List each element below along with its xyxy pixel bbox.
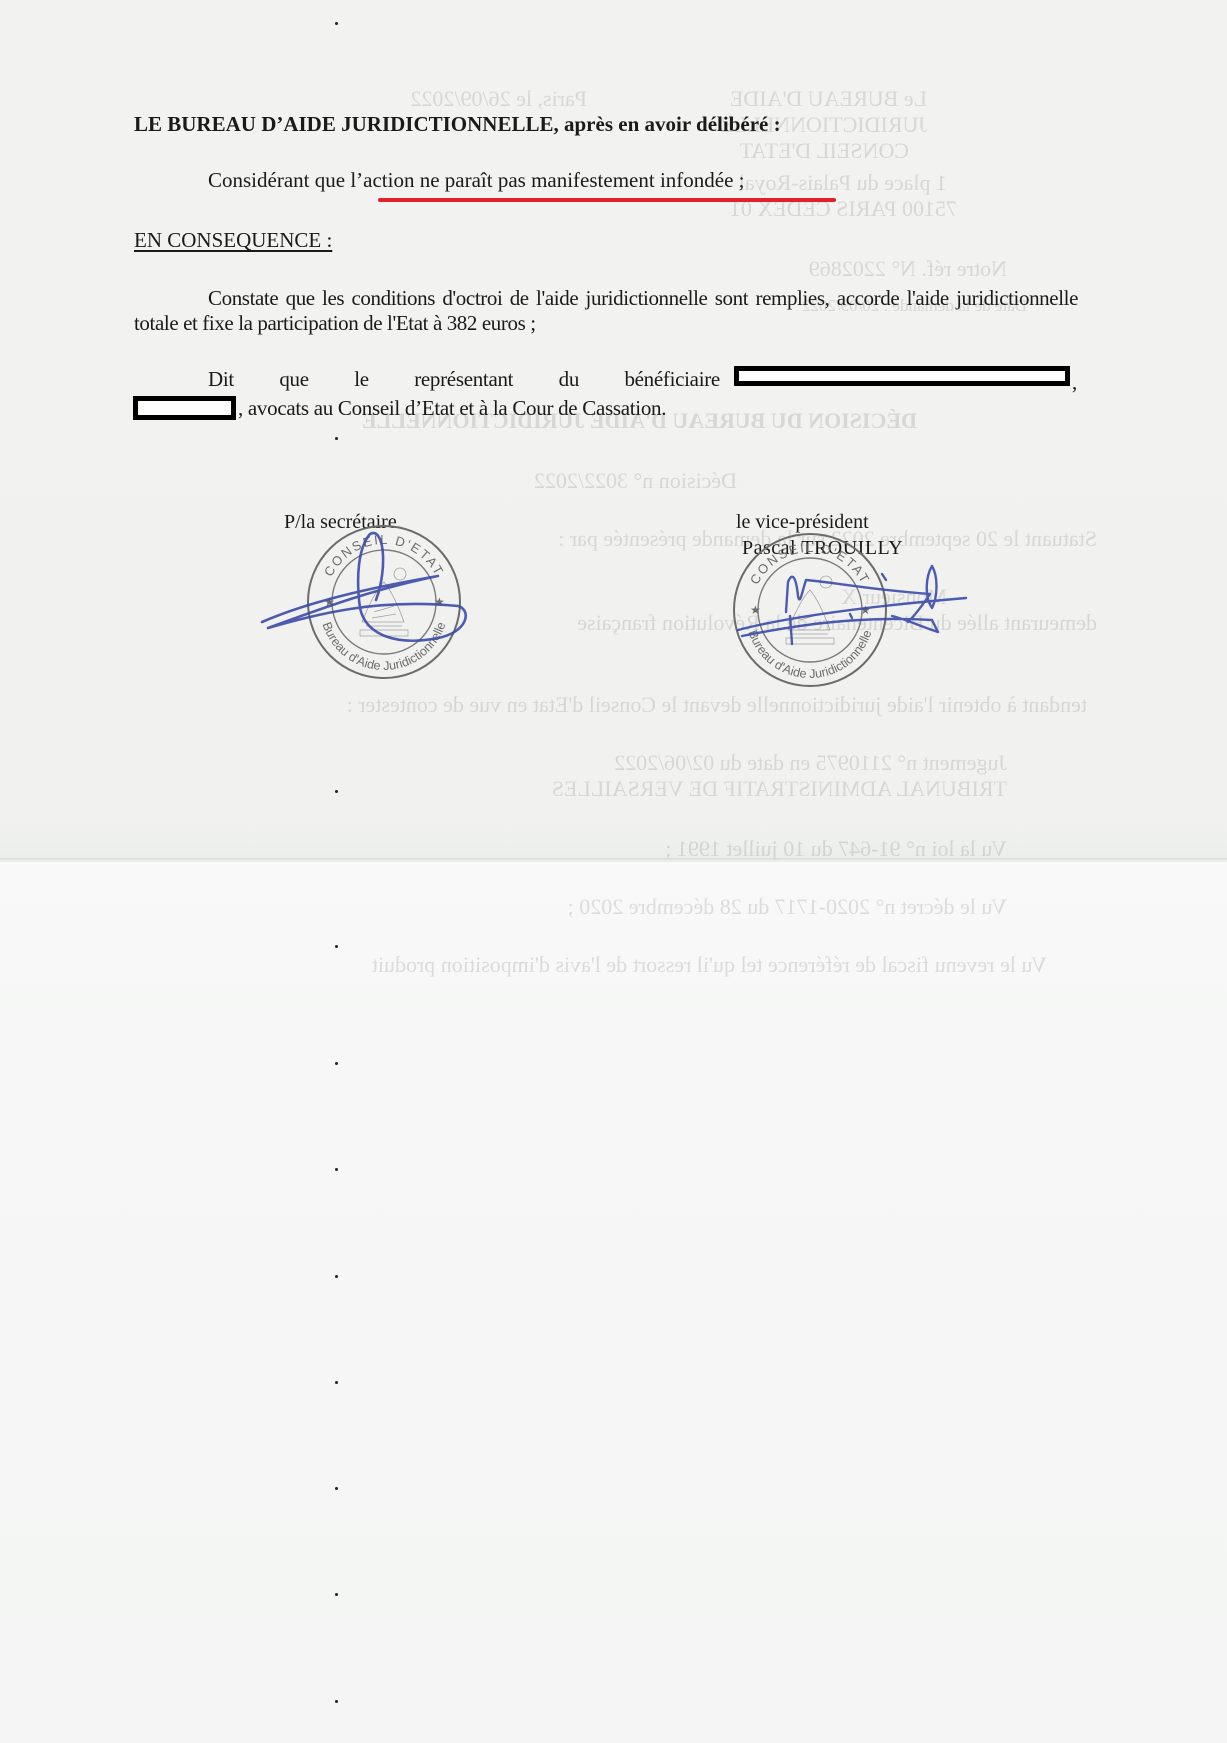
section-title-consequence: EN CONSEQUENCE : (134, 230, 332, 251)
scan-artifact-dot (335, 790, 338, 793)
word: représentant (414, 367, 513, 392)
scanned-page: Le BUREAU D'AIDE JURIDICTIONNELLE CONSEI… (0, 0, 1227, 1743)
paragraph-constate: Constate que les conditions d'octroi de … (134, 286, 1078, 336)
bleed-line: tendant à obtenir l'aide juridictionnell… (347, 692, 1087, 718)
bleed-line: CONSEIL D'ETAT (740, 138, 909, 164)
secretary-label: P/la secrétaire (284, 512, 397, 532)
considerant-line: Considérant que l’action ne paraît pas m… (208, 170, 745, 191)
scan-artifact-dot (335, 1593, 338, 1596)
bleed-line: Le BUREAU D'AIDE (730, 86, 927, 112)
heading-deliberation: après en avoir délibéré : (559, 112, 781, 136)
considerant-suffix: ; (733, 168, 744, 192)
fold-crease (0, 858, 1227, 864)
bleed-line: TRIBUNAL ADMINISTRATIF DE VERSAILLES (552, 776, 1007, 802)
svg-text:★: ★ (750, 603, 761, 617)
redaction-box-firm-name (734, 366, 1070, 386)
bleed-line: Vu le revenu fiscal de référence tel qu'… (372, 952, 1047, 978)
svg-text:CONSEIL D'ETAT: CONSEIL D'ETAT (321, 532, 447, 579)
scan-artifact-dot (335, 1062, 338, 1065)
bleed-line: Jugement n° 2110975 en date du 02/06/202… (614, 750, 1007, 776)
word: bénéficiaire (624, 367, 720, 392)
decision-heading: LE BUREAU D’AIDE JURIDICTIONNELLE, après… (134, 114, 781, 135)
word: le (354, 367, 369, 392)
bleed-line: Paris, le 26/09/2022 (410, 86, 587, 112)
considerant-prefix: Considérant que (208, 168, 350, 192)
paragraph-constate-text: Constate que les conditions d'octroi de … (134, 286, 1078, 335)
heading-bureau: LE BUREAU D’AIDE JURIDICTIONNELLE, (134, 112, 559, 136)
svg-text:★: ★ (434, 595, 445, 609)
bleed-line: 1 place du Palais-Royal (739, 170, 947, 196)
scan-artifact-dot (335, 945, 338, 948)
scan-artifact-dot (335, 1487, 338, 1490)
bleed-line: Vu le décret n° 2020-1717 du 28 décembre… (568, 894, 1007, 920)
scan-artifact-dot (335, 1700, 338, 1703)
word: du (559, 367, 579, 392)
red-underline-highlight (378, 198, 836, 202)
word: que (279, 367, 308, 392)
word: Dit (208, 367, 234, 392)
vice-president-label: le vice-président (736, 512, 869, 532)
avocats-text: , avocats au Conseil d’Etat et à la Cour… (238, 398, 666, 419)
svg-text:★: ★ (860, 603, 871, 617)
svg-text:★: ★ (324, 595, 335, 609)
bleed-line: demeurant allée du Bicentenaire de la Ré… (577, 610, 1097, 636)
vice-president-name: Pascal TROUILLY (742, 538, 903, 558)
bleed-through-text: Le BUREAU D'AIDE JURIDICTIONNELLE CONSEI… (0, 0, 1227, 1000)
bleed-line: Décision n° 3022/2022 (534, 468, 737, 494)
considerant-highlight: l’action ne paraît pas manifestement inf… (350, 168, 733, 192)
svg-text:Bureau d'Aide Juridictionnelle: Bureau d'Aide Juridictionnelle (320, 620, 449, 673)
svg-text:Bureau d'Aide Juridictionnelle: Bureau d'Aide Juridictionnelle (746, 628, 875, 681)
comma: , (1072, 372, 1077, 393)
official-stamp-icon: CONSEIL D'ETAT Bureau d'Aide Juridiction… (304, 522, 464, 682)
secretary-signature-icon (258, 528, 478, 648)
scan-artifact-dot (335, 437, 338, 440)
bleed-line: Monsieur X (841, 584, 947, 610)
redaction-box-firm-name-2 (133, 396, 236, 420)
scan-artifact-dot (335, 1381, 338, 1384)
scan-artifact-dot (335, 22, 338, 25)
scan-artifact-dot (335, 1275, 338, 1278)
bleed-line: Notre réf. N° 2202869 (809, 256, 1007, 282)
scan-artifact-dot (335, 1168, 338, 1171)
